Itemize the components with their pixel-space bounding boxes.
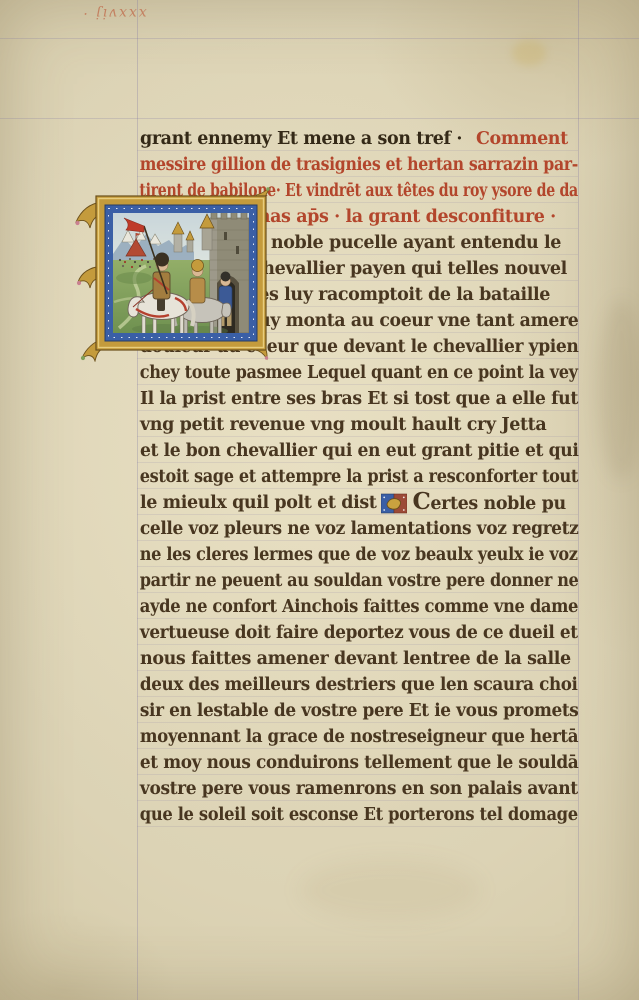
text-line: chey toute pasmee Lequel quant en ce poi… [137, 360, 543, 386]
text-line: celle voz pleurs ne voz lamentations voz… [137, 516, 566, 542]
text-line: nous faittes amener devant lentree de la… [137, 646, 578, 672]
parchment-stain [598, 300, 639, 480]
floret-pink [77, 281, 81, 285]
rubric-line: messire gillion de trasignies et hertan … [137, 152, 534, 178]
text-line: Il la prist entre ses bras Et si tost qu… [137, 386, 572, 412]
text-line: que le soleil soit esconse Et porterons … [137, 802, 549, 828]
text-line: et le bon chevallier qui en eut grant pi… [137, 438, 569, 464]
text-line: A noble pucelle ayant entendu le [249, 230, 578, 256]
ruling-line-horizontal-lower [0, 118, 639, 119]
text-line: moyennant la grace de nostreseigneur que… [137, 724, 557, 750]
champ-white-dot [403, 509, 405, 511]
text-line: vertueuse doit faire deportez vous de ce… [137, 620, 563, 646]
text-line: ayde ne confort Ainchois faittes comme v… [137, 594, 549, 620]
text-line: partir ne peuent au souldan vostre pere … [137, 568, 543, 594]
champ-initial-ornament [381, 493, 407, 514]
ruling-line-horizontal-upper [0, 38, 639, 39]
text-segment: Certes noble pu [412, 489, 565, 517]
text-line: vostre pere vous ramenrons en son palais… [137, 776, 567, 802]
text-line: grant ennemy Et mene a son tref · Commen… [137, 126, 578, 152]
champ-white-dot [384, 496, 386, 498]
champ-white-dot [403, 496, 405, 498]
text-line: estoit sage et attempre la prist a resco… [137, 464, 544, 490]
text-line: luy monta au coeur vne tant amere [249, 308, 574, 334]
champ-gold-leaf [387, 498, 401, 509]
rubric-line: mas ap̄s · la grant desconfiture · [249, 204, 578, 230]
parchment-stain [512, 40, 546, 66]
text-line: chevallier payen qui telles nouvel [249, 256, 578, 282]
text-line: deux des meilleurs destriers que len sca… [137, 672, 560, 698]
folio-number-offset: xxxvij · [56, 5, 172, 21]
rubric-line: tirent de babilone· Et vindrēt aux têtes… [137, 178, 493, 204]
parchment-stain [300, 860, 480, 920]
floret-pink [75, 221, 79, 225]
text-line: douleur au coeur que devant le chevallie… [137, 334, 568, 360]
text-line: le mieulx quil polt et dist Certes noble… [137, 490, 578, 516]
text-line: les luy racomptoit de la bataille [249, 282, 578, 308]
rubric-comment-word: Comment [476, 126, 568, 152]
manuscript-page: xxxvij · grant ennemy Et mene a son tref… [0, 0, 639, 1000]
text-line: sir en lestable de vostre pere Et ie vou… [137, 698, 563, 724]
ruling-line-vertical-right [578, 0, 579, 1000]
opening-line-text: grant ennemy Et mene a son tref · [140, 126, 462, 152]
floret-green [81, 356, 85, 360]
text-line: vng petit revenue vng moult hault cry Je… [137, 412, 578, 438]
champ-white-dot [384, 509, 386, 511]
text-block: grant ennemy Et mene a son tref · Commen… [137, 126, 578, 828]
text-line: et moy nous conduirons tellement que le … [137, 750, 563, 776]
text-line: ne les cleres lermes que de voz beaulx y… [137, 542, 545, 568]
text-segment: le mieulx quil polt et dist [140, 490, 376, 516]
